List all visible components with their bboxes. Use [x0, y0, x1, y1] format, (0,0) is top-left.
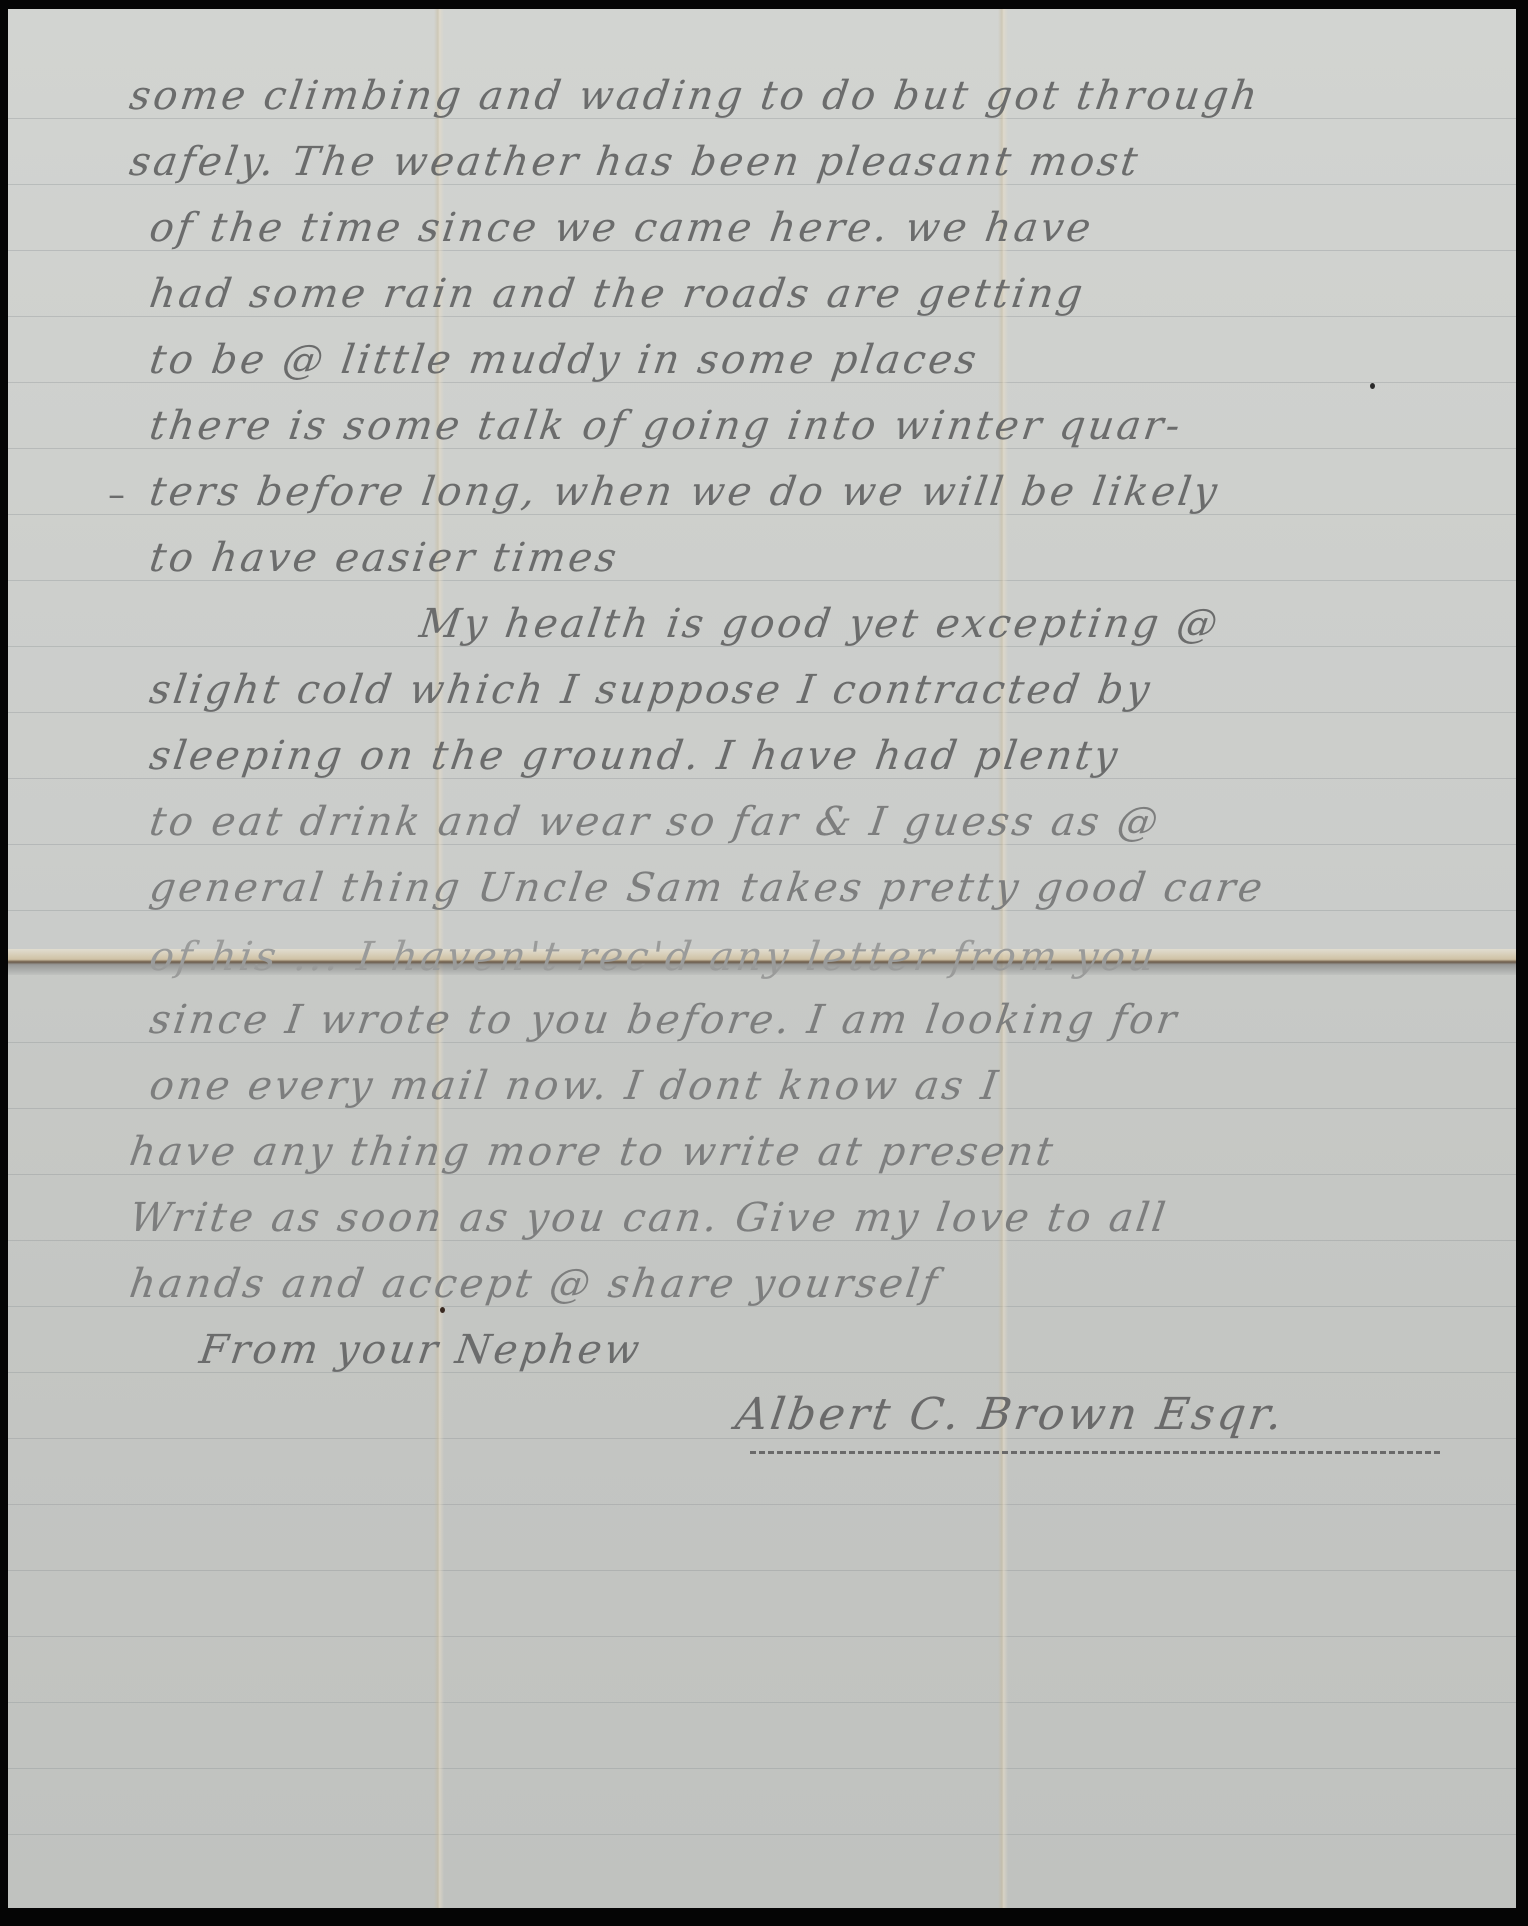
letter-line-17: have any thing more to write at present: [127, 1132, 1058, 1172]
letter-line-3: of the time since we came here. we have: [147, 208, 1096, 248]
signature: Albert C. Brown Esqr.: [733, 1393, 1288, 1437]
letter-line-11: sleeping on the ground. I have had plent…: [147, 736, 1122, 776]
ruled-line: [8, 1504, 1516, 1505]
closing-line: From your Nephew: [197, 1330, 644, 1370]
letter-line-19: hands and accept @ share yourself: [127, 1264, 942, 1304]
letter-line-13: general thing Uncle Sam takes pretty goo…: [147, 868, 1268, 908]
letter-line-1: some climbing and wading to do but got t…: [127, 76, 1263, 116]
letter-line-14: of his ... I haven't rec'd any letter fr…: [147, 937, 1159, 977]
letter-line-18: Write as soon as you can. Give my love t…: [127, 1198, 1170, 1238]
letter-line-7: ters before long, when we do we will be …: [147, 472, 1222, 512]
ink-speck: [440, 1307, 445, 1313]
letter-line-10: slight cold which I suppose I contracted…: [147, 670, 1155, 710]
letter-line-8: to have easier times: [147, 538, 621, 578]
letter-line-6: there is some talk of going into winter …: [147, 406, 1185, 446]
signature-underline: [750, 1451, 1440, 1454]
letter-line-12: to eat drink and wear so far & I guess a…: [147, 802, 1163, 842]
letter-paper: some climbing and wading to do but got t…: [8, 9, 1516, 1908]
ruled-line: [8, 1570, 1516, 1571]
letter-line-15: since I wrote to you before. I am lookin…: [147, 1000, 1181, 1040]
ink-speck: [1370, 383, 1375, 389]
ruled-line: [8, 1834, 1516, 1835]
letter-line-9: My health is good yet excepting @: [417, 604, 1223, 644]
letter-line-4: had some rain and the roads are getting: [147, 274, 1088, 314]
letter-line-5: to be @ little muddy in some places: [147, 340, 981, 380]
margin-dash: –: [108, 475, 125, 515]
ruled-line: [8, 1636, 1516, 1637]
letter-line-2: safely. The weather has been pleasant mo…: [127, 142, 1143, 182]
ruled-line: [8, 1702, 1516, 1703]
letter-line-16: one every mail now. I dont know as I: [147, 1066, 1003, 1106]
ruled-line: [8, 1768, 1516, 1769]
